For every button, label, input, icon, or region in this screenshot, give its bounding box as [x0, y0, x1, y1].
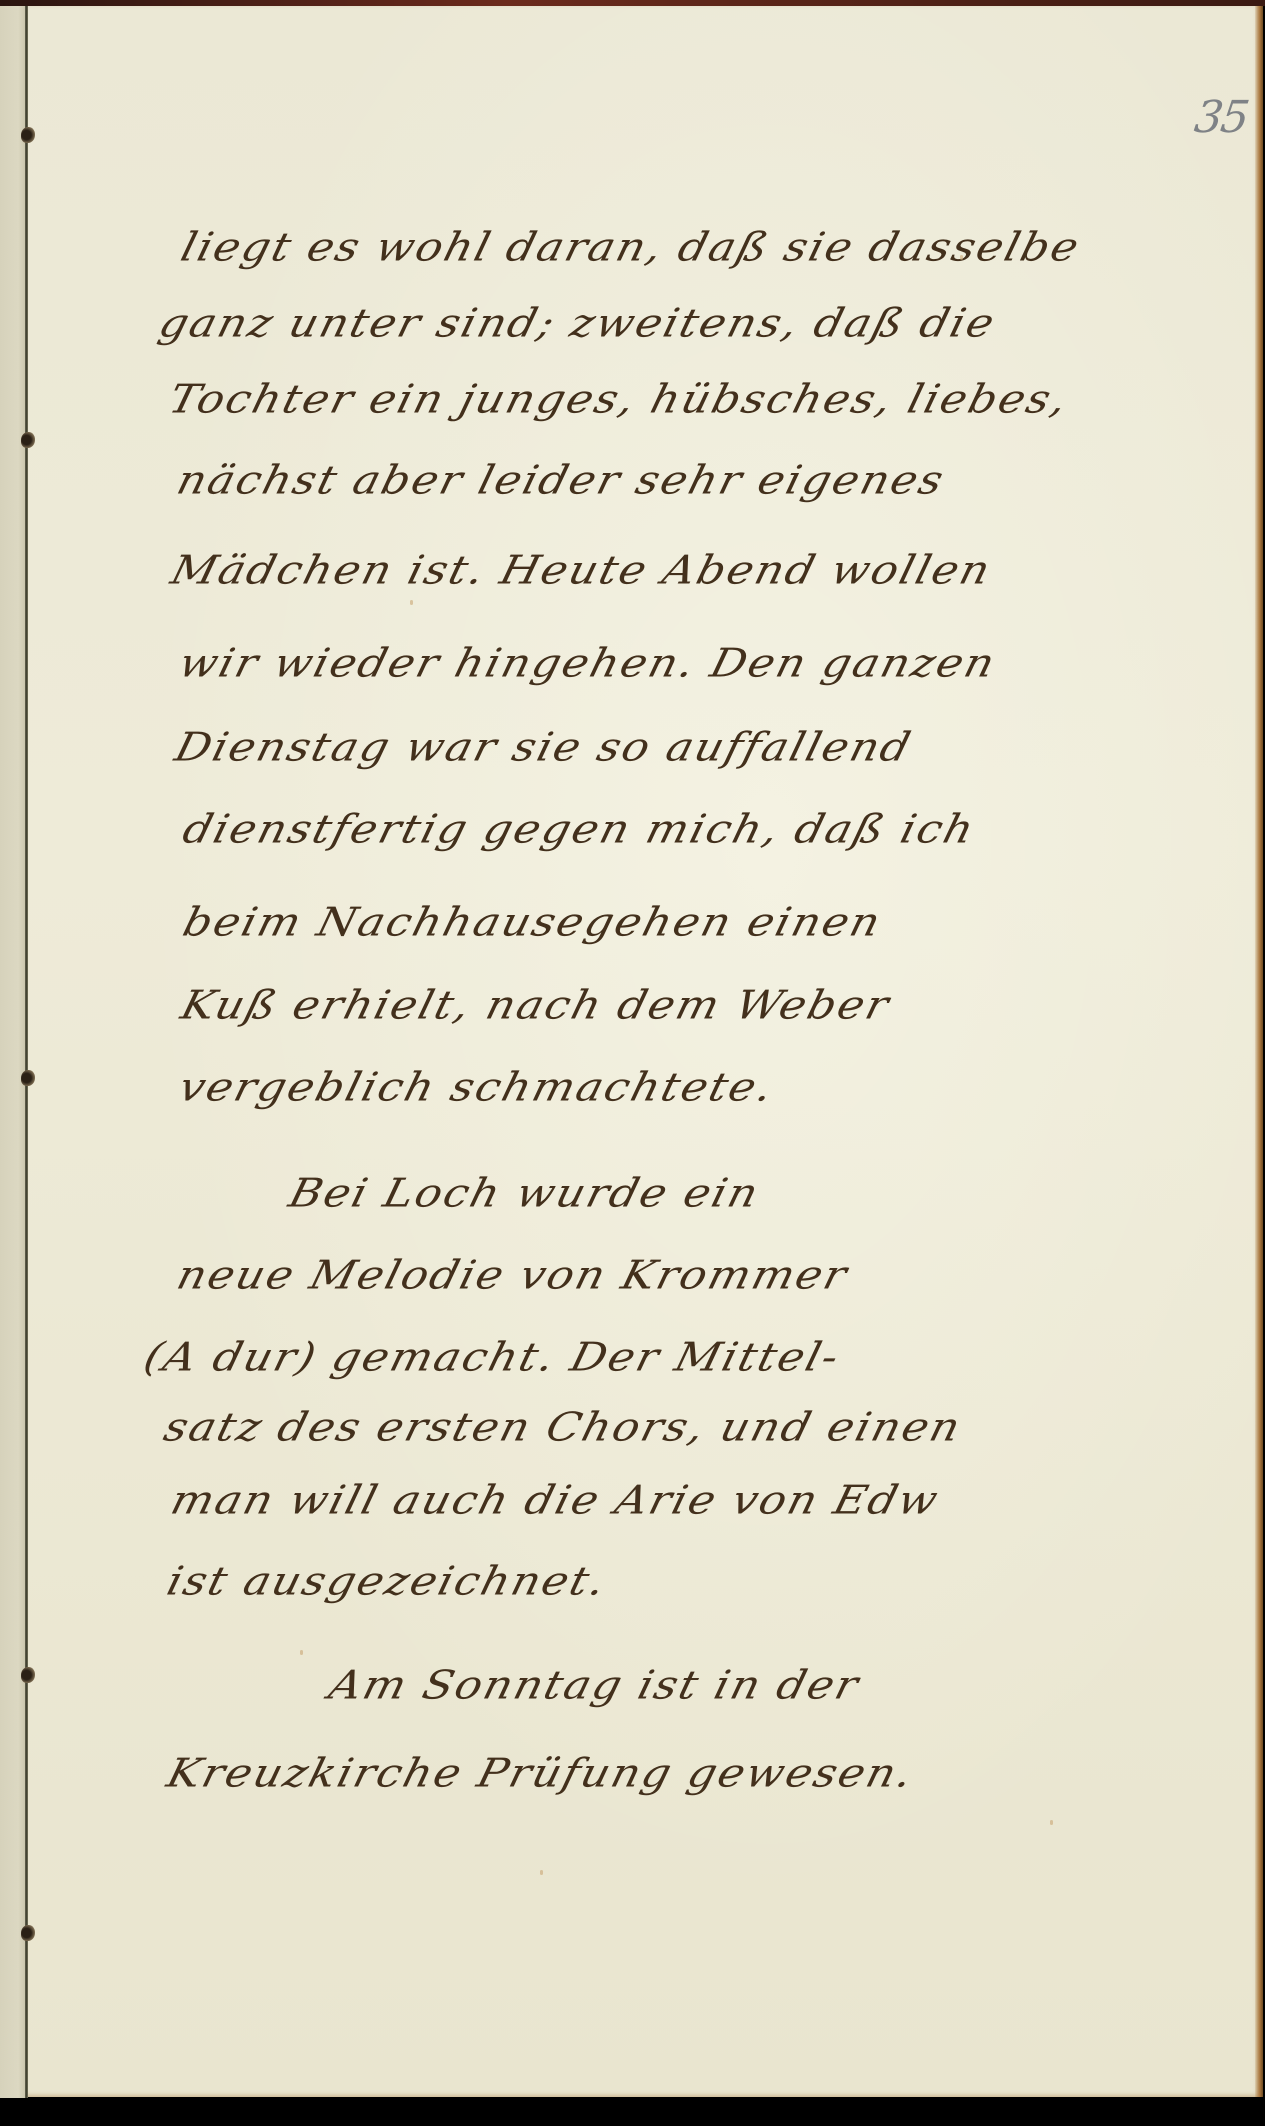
binding-hole: [21, 1667, 35, 1683]
text-line: nächst aber leider sehr eigenes: [172, 458, 949, 504]
paper-fleck: [300, 1650, 303, 1655]
text-line: Dienstag war sie so auffallend: [170, 725, 917, 771]
text-line: dienstfertig gegen mich, daß ich: [178, 807, 980, 853]
binding-hole: [21, 1925, 35, 1941]
text-line: Bei Loch wurde ein: [284, 1171, 764, 1217]
text-line: liegt es wohl daran, daß sie dasselbe: [176, 225, 1085, 271]
text-line: beim Nachhausegehen einen: [178, 900, 886, 946]
text-line: Tochter ein junges, hübsches, liebes,: [164, 377, 1073, 423]
text-line: Mädchen ist. Heute Abend wollen: [166, 548, 996, 594]
binding-hole: [21, 1070, 35, 1086]
text-line: man will auch die Arie von Edw: [166, 1478, 944, 1524]
paper-fleck: [1050, 1820, 1053, 1825]
binding-hole: [21, 127, 35, 143]
text-line: satz des ersten Chors, und einen: [159, 1405, 966, 1451]
text-line: vergeblich schmachtete.: [174, 1065, 779, 1111]
binding-hole: [21, 432, 35, 448]
text-line: (A dur) gemacht. Der Mittel-: [139, 1335, 845, 1381]
paper-fleck: [540, 1870, 543, 1875]
paper-fleck: [960, 255, 963, 260]
facing-page-edge: [0, 6, 26, 2098]
paper-fleck: [410, 600, 413, 605]
book-gutter: [25, 6, 28, 2098]
page-right-edge: [1255, 6, 1263, 2097]
text-line: Kuß erhielt, nach dem Weber: [176, 983, 895, 1029]
text-line: ist ausgezeichnet.: [162, 1559, 611, 1605]
text-line: ganz unter sind; zweitens, daß die: [154, 301, 1000, 347]
text-line: neue Melodie von Krommer: [172, 1253, 853, 1299]
text-line: Am Sonntag ist in der: [324, 1663, 864, 1709]
page-number: 35: [1191, 92, 1250, 143]
text-line: Kreuzkirche Prüfung gewesen.: [162, 1751, 919, 1797]
text-line: wir wieder hingehen. Den ganzen: [174, 641, 1001, 687]
